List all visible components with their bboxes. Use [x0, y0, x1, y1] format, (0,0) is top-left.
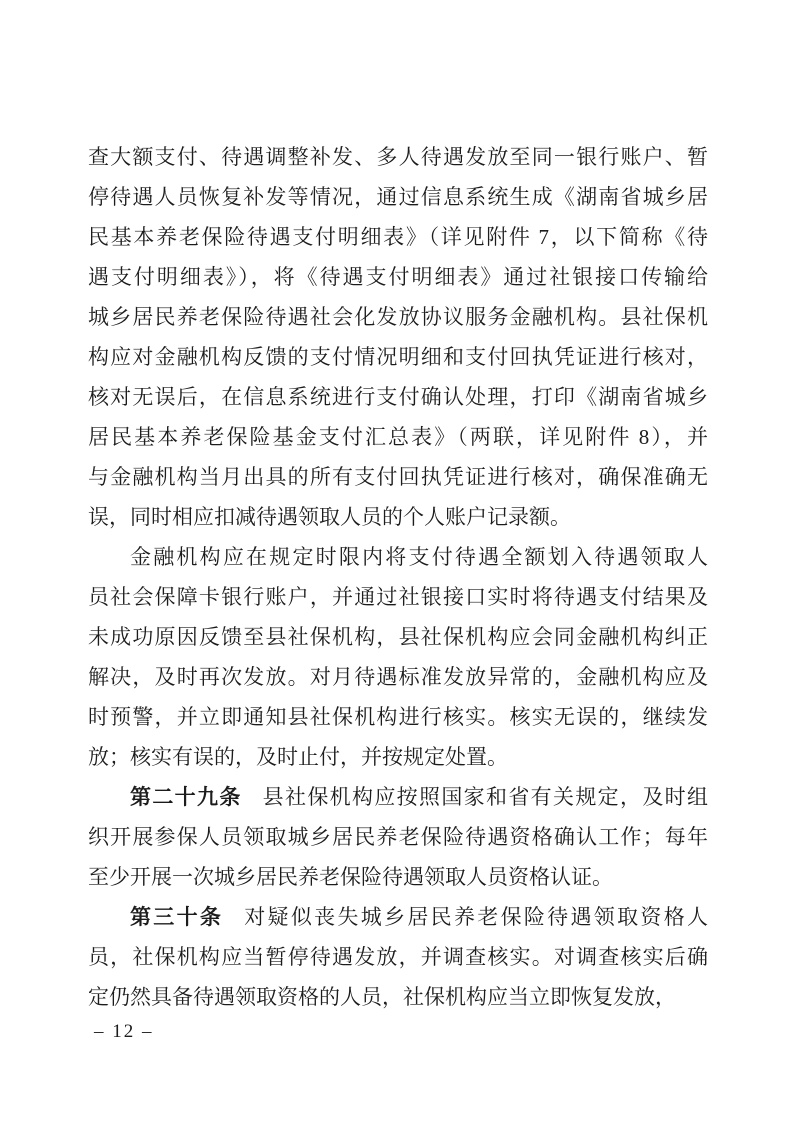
text-line: 至少开展一次城乡居民养老保险待遇领取人员资格认证。 — [88, 857, 708, 897]
line-text: 对疑似丧失城乡居民养老保险待遇领取资格人 — [244, 905, 708, 929]
text-line: 遇支付明细表》），将《待遇支付明细表》通过社银接口传输给 — [88, 257, 708, 297]
text-line: 查大额支付、待遇调整补发、多人待遇发放至同一银行账户、暂 — [88, 137, 708, 177]
text-line: 民基本养老保险待遇支付明细表》（详见附件 7，以下简称《待 — [88, 217, 708, 257]
article-heading: 第三十条 — [130, 905, 223, 929]
text-line: 误，同时相应扣减待遇领取人员的个人账户记录额。 — [88, 497, 708, 537]
text-line: 构应对金融机构反馈的支付情况明细和支付回执凭证进行核对， — [88, 337, 708, 377]
article-heading: 第二十九条 — [130, 785, 242, 809]
page-number: – 12 – — [94, 1021, 154, 1042]
text-line: 员社会保障卡银行账户，并通过社银接口实时将待遇支付结果及 — [88, 577, 708, 617]
text-line: 核对无误后，在信息系统进行支付确认处理，打印《湖南省城乡 — [88, 377, 708, 417]
text-line: 员，社保机构应当暂停待遇发放，并调查核实。对调查核实后确 — [88, 937, 708, 977]
text-line: 金融机构应在规定时限内将支付待遇全额划入待遇领取人 — [88, 537, 708, 577]
text-line: 第二十九条县社保机构应按照国家和省有关规定，及时组 — [88, 777, 708, 817]
text-line: 定仍然具备待遇领取资格的人员，社保机构应当立即恢复发放， — [88, 977, 708, 1017]
text-line: 未成功原因反馈至县社保机构，县社保机构应会同金融机构纠正 — [88, 617, 708, 657]
text-line: 居民基本养老保险基金支付汇总表》（两联，详见附件 8），并 — [88, 417, 708, 457]
page-footer: – 12 – — [94, 1019, 154, 1045]
document-page: 查大额支付、待遇调整补发、多人待遇发放至同一银行账户、暂停待遇人员恢复补发等情况… — [0, 0, 793, 1122]
text-line: 时预警，并立即通知县社保机构进行核实。核实无误的，继续发 — [88, 697, 708, 737]
text-line: 第三十条对疑似丧失城乡居民养老保险待遇领取资格人 — [88, 897, 708, 937]
text-line: 与金融机构当月出具的所有支付回执凭证进行核对，确保准确无 — [88, 457, 708, 497]
text-line: 城乡居民养老保险待遇社会化发放协议服务金融机构。县社保机 — [88, 297, 708, 337]
text-line: 织开展参保人员领取城乡居民养老保险待遇资格确认工作；每年 — [88, 817, 708, 857]
text-line: 停待遇人员恢复补发等情况，通过信息系统生成《湖南省城乡居 — [88, 177, 708, 217]
text-line: 放；核实有误的，及时止付，并按规定处置。 — [88, 737, 708, 777]
line-text: 县社保机构应按照国家和省有关规定，及时组 — [263, 785, 708, 809]
document-body: 查大额支付、待遇调整补发、多人待遇发放至同一银行账户、暂停待遇人员恢复补发等情况… — [88, 137, 708, 1017]
text-line: 解决，及时再次发放。对月待遇标准发放异常的，金融机构应及 — [88, 657, 708, 697]
